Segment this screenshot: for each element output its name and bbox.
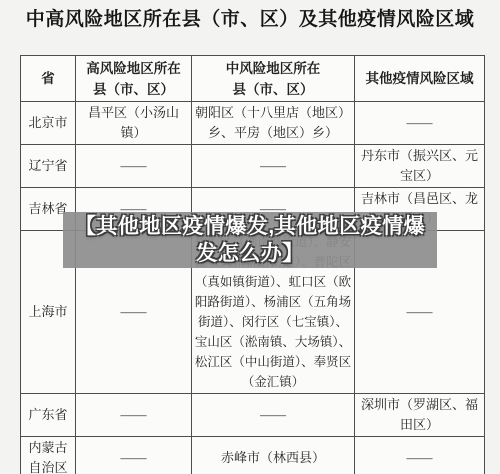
page-title: 中高风险地区所在县（市、区）及其他疫情风险区域: [0, 4, 500, 31]
header-medium-risk: 中风险地区所在 县（市、区）: [192, 56, 355, 102]
table-row-neimenggu: 内蒙古自治区 —— 赤峰市（林西县） ——: [21, 437, 485, 474]
cell-other-risk: ——: [355, 102, 485, 145]
cell-province: 内蒙古自治区: [21, 437, 76, 474]
table-header-row: 省 高风险地区所在 县（市、区） 中风险地区所在 县（市、区） 其他疫情风险区域: [21, 56, 485, 102]
cell-other-risk: 丹东市（振兴区、元宝区）: [355, 145, 485, 188]
cell-medium-risk: ——: [192, 394, 355, 437]
cell-high-risk: 昌平区（小汤山镇）: [76, 102, 192, 145]
header-other-risk: 其他疫情风险区域: [355, 56, 485, 102]
cell-medium-risk: 赤峰市（林西县）: [192, 437, 355, 474]
cell-other-risk: ——: [355, 437, 485, 474]
cell-high-risk: ——: [76, 394, 192, 437]
cell-medium-risk: 朝阳区（十八里店（地区）乡、平房（地区）乡）: [192, 102, 355, 145]
cell-province: 辽宁省: [21, 145, 76, 188]
table-row-guangdong: 广东省 —— —— 深圳市（罗湖区、福田区）: [21, 394, 485, 437]
cell-medium-risk: ——: [192, 145, 355, 188]
watermark-banner: 【其他地区疫情爆发,其他地区疫情爆 发怎么办】: [63, 212, 437, 268]
cell-high-risk: ——: [76, 437, 192, 474]
cell-province: 北京市: [21, 102, 76, 145]
table-row-liaoning: 辽宁省 —— —— 丹东市（振兴区、元宝区）: [21, 145, 485, 188]
cell-province: 广东省: [21, 394, 76, 437]
watermark-text-line2: 发怎么办】: [196, 240, 304, 267]
cell-high-risk: ——: [76, 145, 192, 188]
header-high-risk: 高风险地区所在 县（市、区）: [76, 56, 192, 102]
watermark-text-line1: 【其他地区疫情爆发,其他地区疫情爆: [75, 213, 425, 240]
cell-other-risk: 深圳市（罗湖区、福田区）: [355, 394, 485, 437]
header-province: 省: [21, 56, 76, 102]
table-row-beijing: 北京市 昌平区（小汤山镇） 朝阳区（十八里店（地区）乡、平房（地区）乡） ——: [21, 102, 485, 145]
